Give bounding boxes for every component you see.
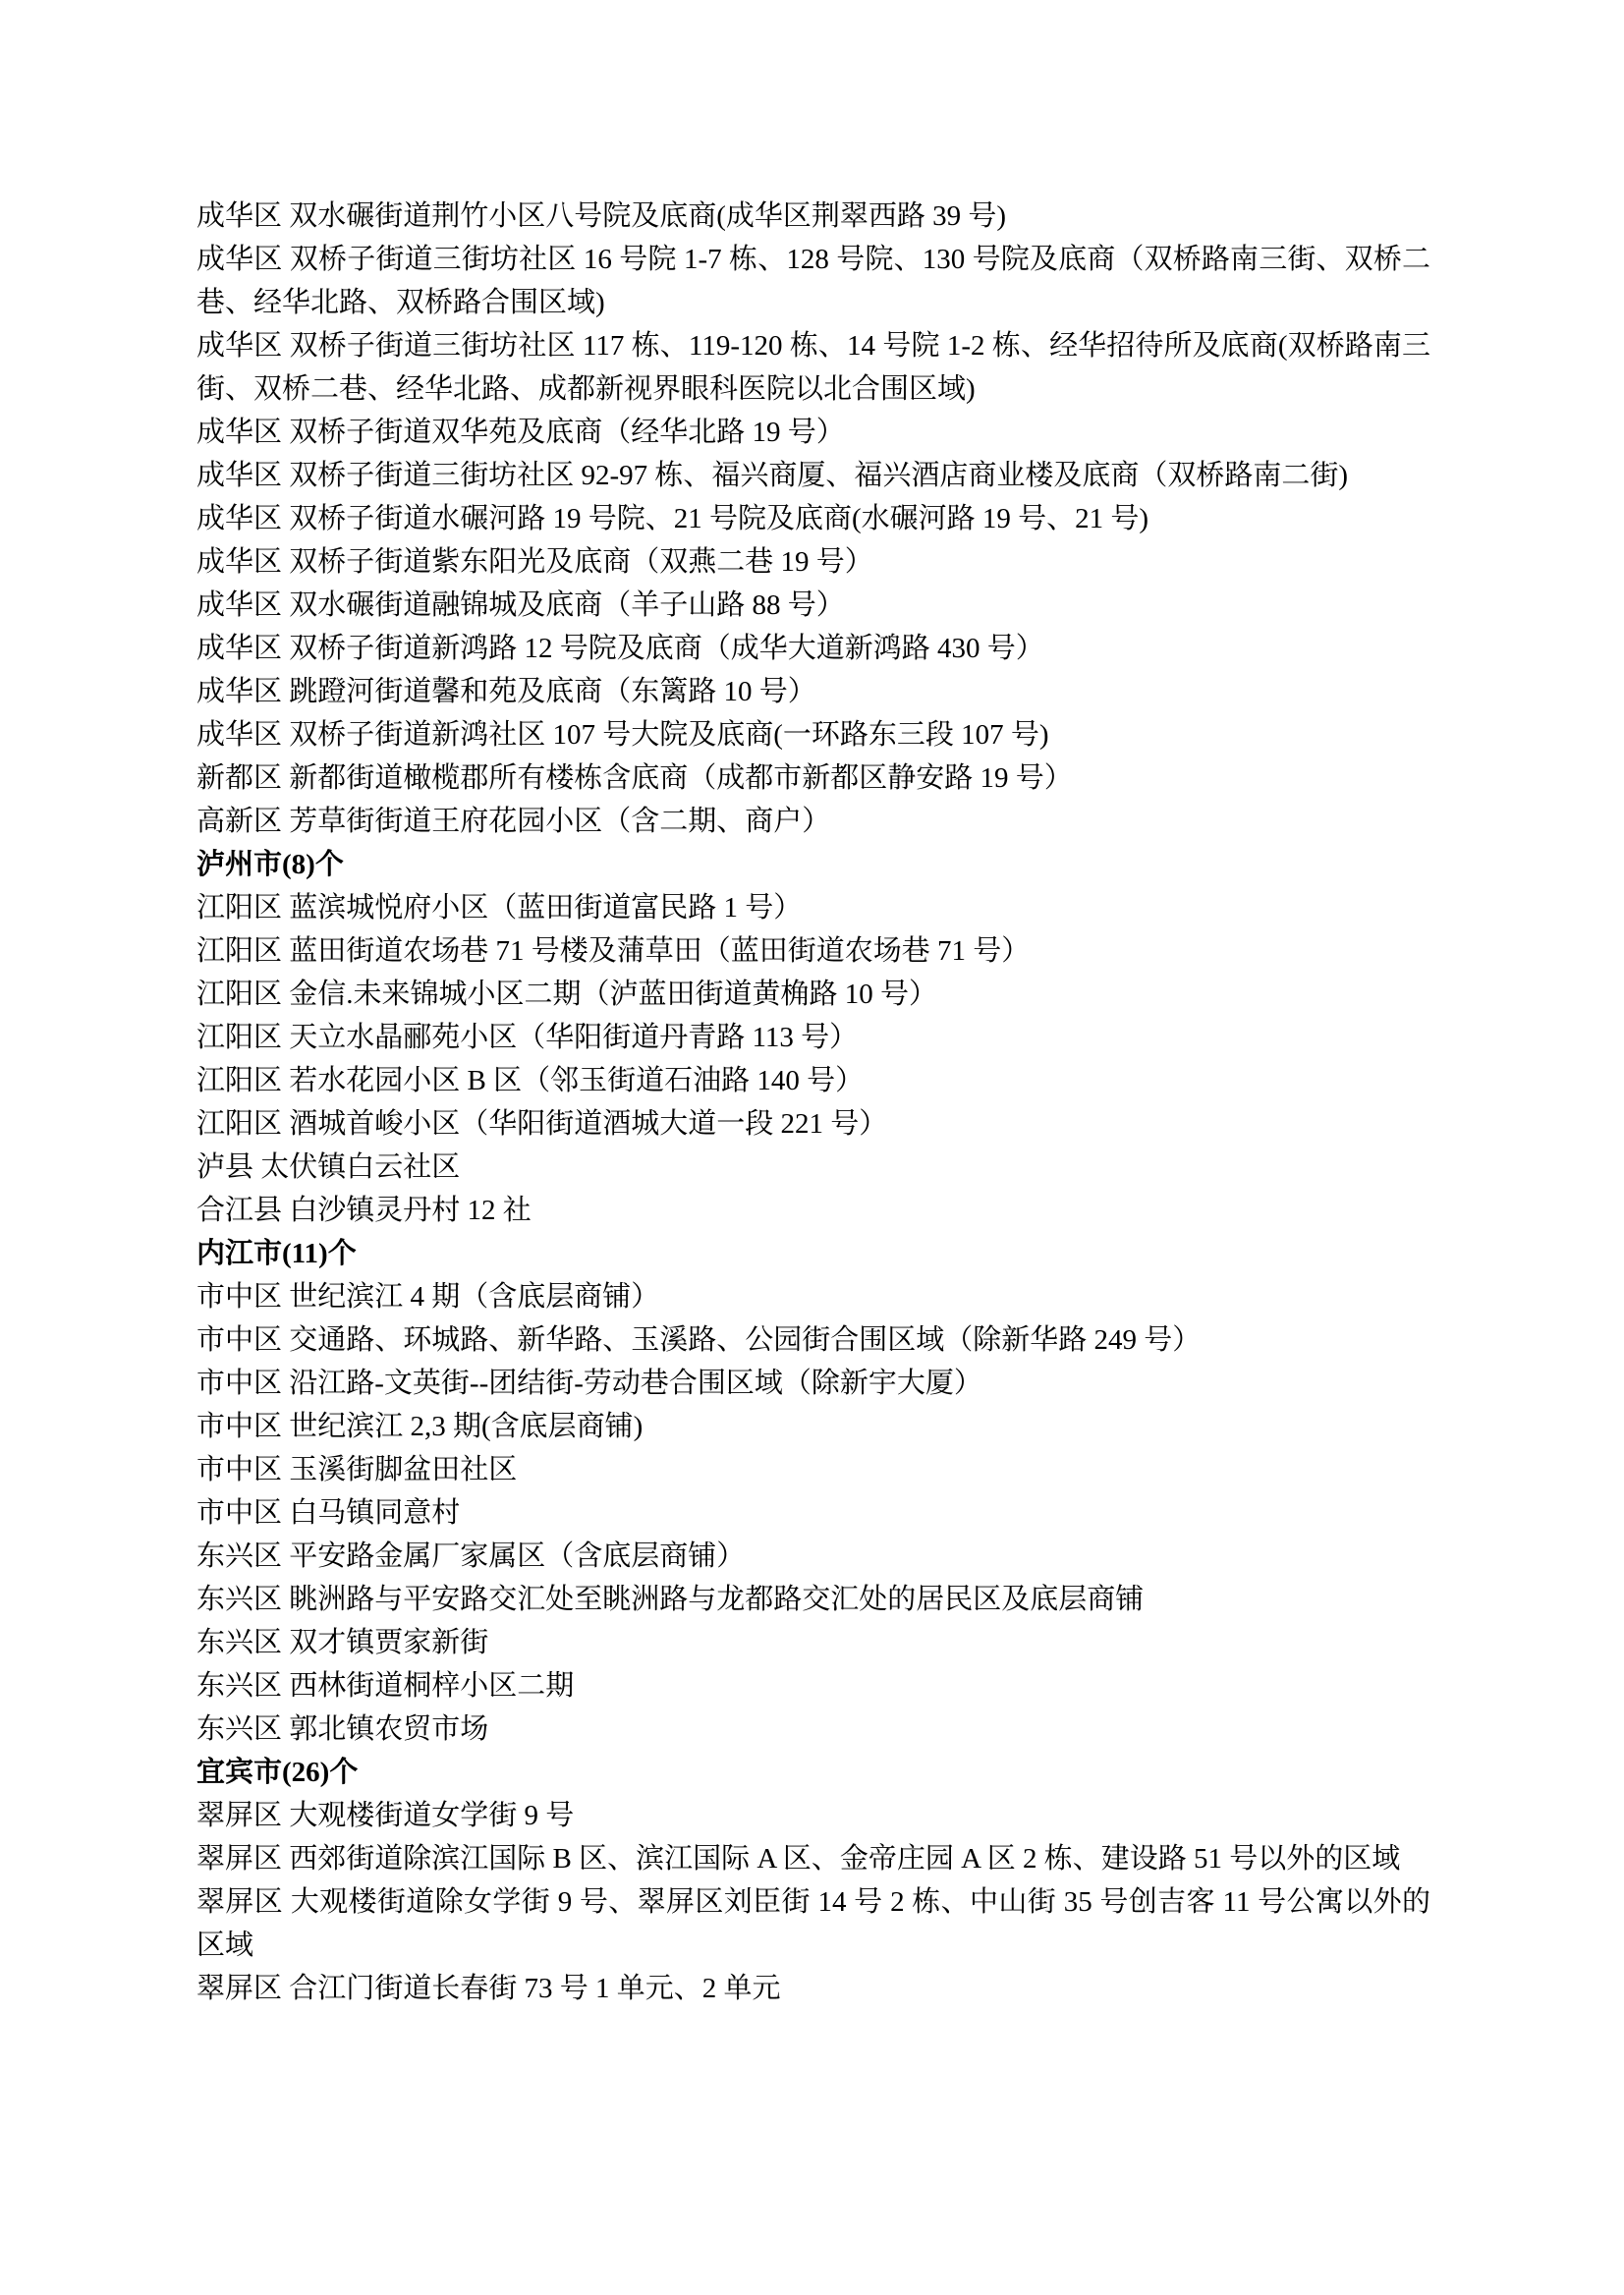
list-item: 泸县 太伏镇白云社区 (196, 1146, 1430, 1189)
list-item: 东兴区 眺洲路与平安路交汇处至眺洲路与龙都路交汇处的居民区及底层商铺 (196, 1578, 1430, 1621)
document-page: 成华区 双水碾街道荆竹小区八号院及底商(成华区荆翠西路 39 号)成华区 双桥子… (0, 0, 1624, 2295)
list-item: 市中区 世纪滨江 2,3 期(含底层商铺) (196, 1405, 1430, 1448)
list-item: 成华区 跳蹬河街道馨和苑及底商（东篱路 10 号） (196, 670, 1430, 713)
list-item: 江阳区 金信.未来锦城小区二期（泸蓝田街道黄桷路 10 号） (196, 973, 1430, 1016)
list-item: 翠屏区 合江门街道长春街 73 号 1 单元、2 单元 (196, 1967, 1430, 2010)
list-item: 成华区 双桥子街道三街坊社区 117 栋、119-120 栋、14 号院 1-2… (196, 324, 1430, 411)
list-item: 成华区 双桥子街道三街坊社区 16 号院 1-7 栋、128 号院、130 号院… (196, 238, 1430, 324)
list-item: 成华区 双桥子街道新鸿社区 107 号大院及底商(一环路东三段 107 号) (196, 713, 1430, 756)
list-item: 成华区 双水碾街道荆竹小区八号院及底商(成华区荆翠西路 39 号) (196, 195, 1430, 238)
list-item: 翠屏区 大观楼街道女学街 9 号 (196, 1794, 1430, 1837)
list-item: 成华区 双水碾街道融锦城及底商（羊子山路 88 号） (196, 584, 1430, 627)
city-header: 泸州市(8)个 (196, 843, 1430, 886)
list-item: 东兴区 双才镇贾家新街 (196, 1621, 1430, 1664)
list-item: 东兴区 西林街道桐梓小区二期 (196, 1664, 1430, 1707)
list-item: 江阳区 天立水晶郦苑小区（华阳街道丹青路 113 号） (196, 1016, 1430, 1059)
list-item: 成华区 双桥子街道水碾河路 19 号院、21 号院及底商(水碾河路 19 号、2… (196, 497, 1430, 540)
list-item: 江阳区 酒城首峻小区（华阳街道酒城大道一段 221 号） (196, 1102, 1430, 1146)
list-item: 市中区 世纪滨江 4 期（含底层商铺） (196, 1275, 1430, 1318)
list-item: 江阳区 若水花园小区 B 区（邻玉街道石油路 140 号） (196, 1059, 1430, 1102)
list-item: 合江县 白沙镇灵丹村 12 社 (196, 1189, 1430, 1232)
list-item: 成华区 双桥子街道双华苑及底商（经华北路 19 号） (196, 411, 1430, 454)
list-item: 市中区 白马镇同意村 (196, 1491, 1430, 1535)
list-item: 江阳区 蓝滨城悦府小区（蓝田街道富民路 1 号） (196, 886, 1430, 929)
list-item: 新都区 新都街道橄榄郡所有楼栋含底商（成都市新都区静安路 19 号） (196, 756, 1430, 800)
list-item: 翠屏区 大观楼街道除女学街 9 号、翠屏区刘臣街 14 号 2 栋、中山街 35… (196, 1880, 1430, 1967)
list-item: 东兴区 平安路金属厂家属区（含底层商铺） (196, 1535, 1430, 1578)
region-list: 成华区 双水碾街道荆竹小区八号院及底商(成华区荆翠西路 39 号)成华区 双桥子… (196, 195, 1430, 2010)
list-item: 东兴区 郭北镇农贸市场 (196, 1707, 1430, 1751)
list-item: 成华区 双桥子街道三街坊社区 92-97 栋、福兴商厦、福兴酒店商业楼及底商（双… (196, 454, 1430, 497)
list-item: 市中区 沿江路-文英街--团结街-劳动巷合围区域（除新宇大厦） (196, 1362, 1430, 1405)
list-item: 翠屏区 西郊街道除滨江国际 B 区、滨江国际 A 区、金帝庄园 A 区 2 栋、… (196, 1837, 1430, 1880)
list-item: 成华区 双桥子街道紫东阳光及底商（双燕二巷 19 号） (196, 540, 1430, 584)
list-item: 高新区 芳草街街道王府花园小区（含二期、商户） (196, 800, 1430, 843)
list-item: 市中区 交通路、环城路、新华路、玉溪路、公园街合围区域（除新华路 249 号） (196, 1318, 1430, 1362)
list-item: 市中区 玉溪街脚盆田社区 (196, 1448, 1430, 1491)
list-item: 成华区 双桥子街道新鸿路 12 号院及底商（成华大道新鸿路 430 号） (196, 627, 1430, 670)
city-header: 宜宾市(26)个 (196, 1751, 1430, 1794)
list-item: 江阳区 蓝田街道农场巷 71 号楼及蒲草田（蓝田街道农场巷 71 号） (196, 929, 1430, 973)
city-header: 内江市(11)个 (196, 1232, 1430, 1275)
